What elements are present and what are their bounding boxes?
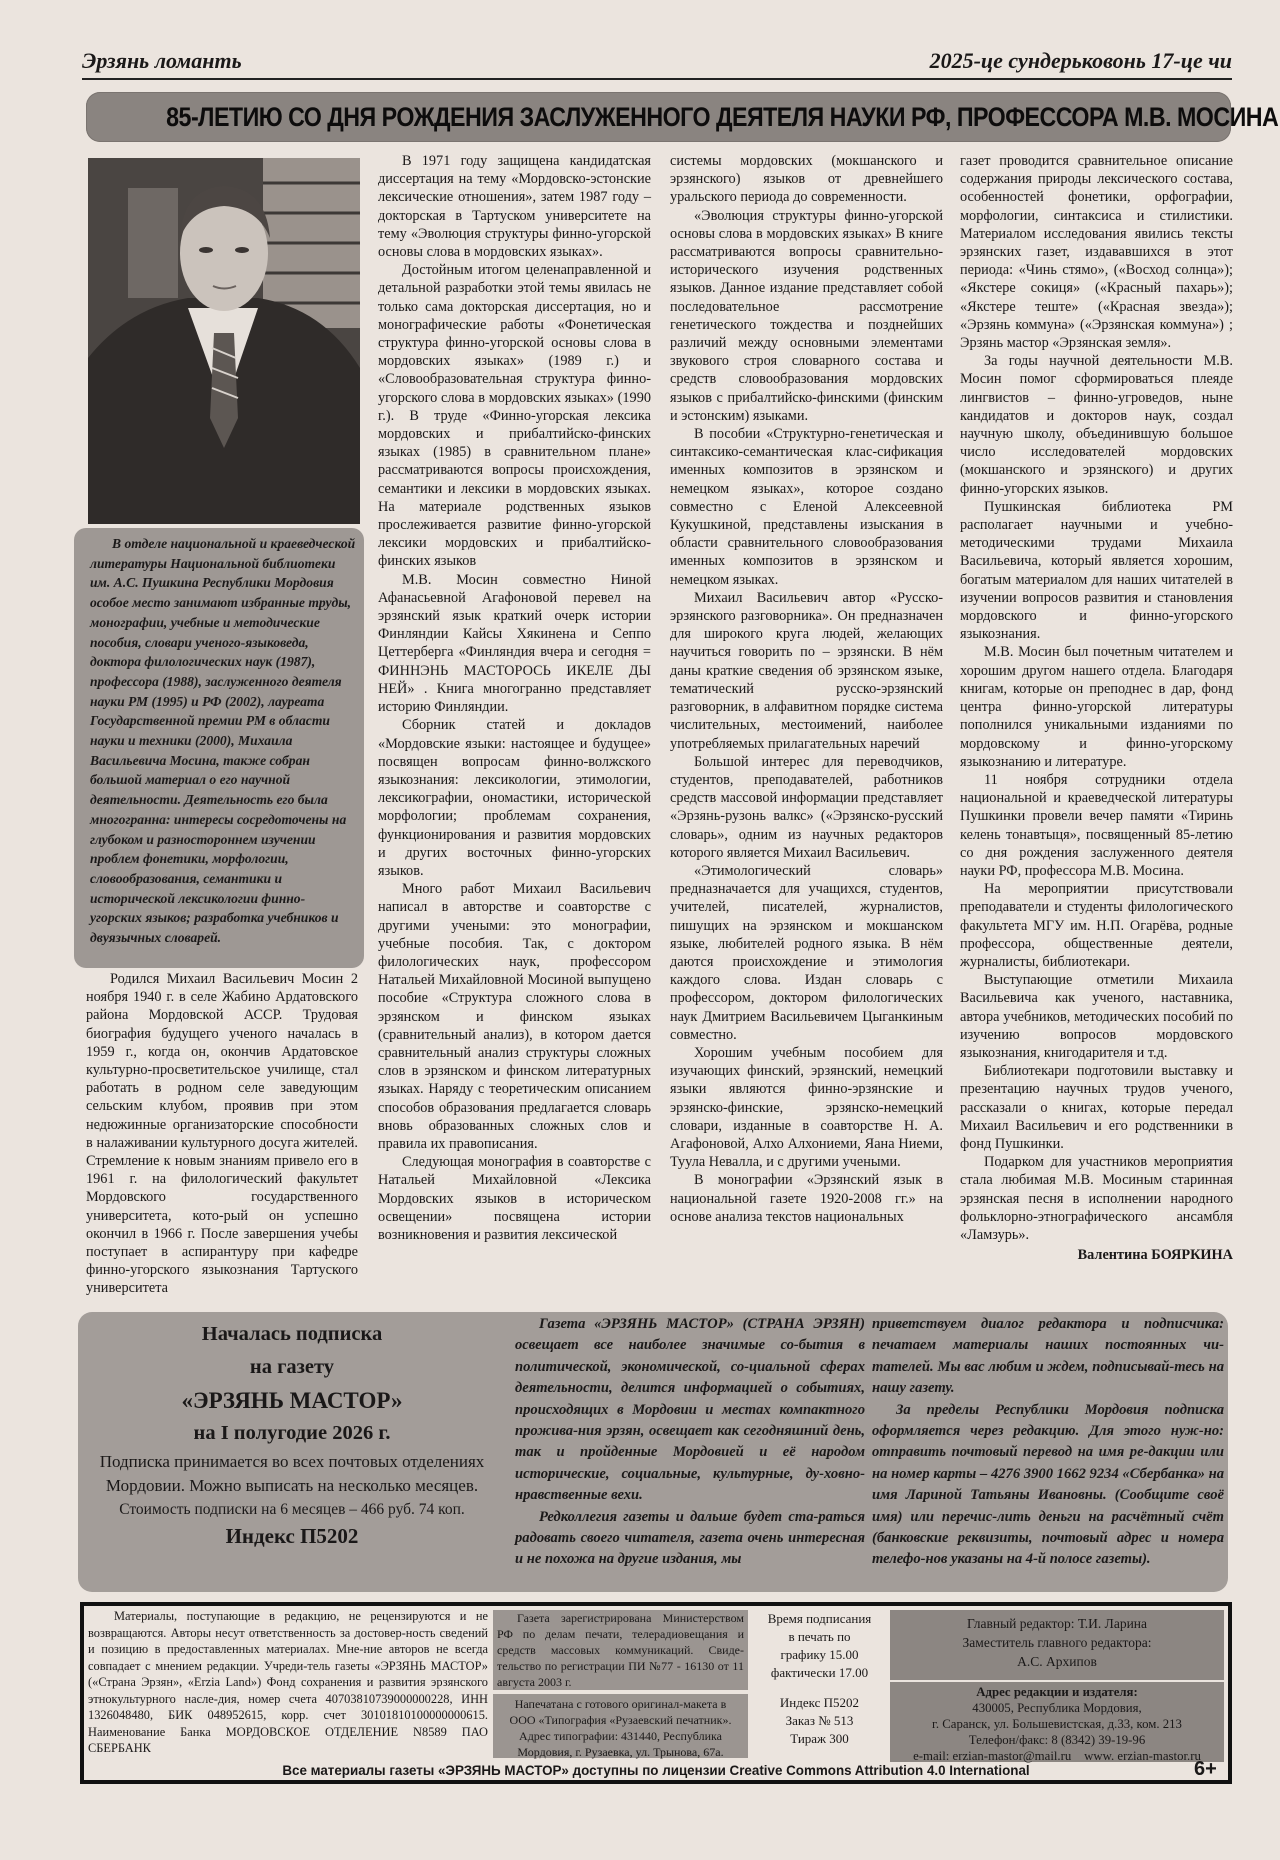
licence-notice: Все материалы газеты «ЭРЗЯНЬ МАСТОР» дос… [88, 1762, 1224, 1780]
email-link[interactable]: e-mail: erzian-mastor@mail.ru [913, 1749, 1071, 1763]
article-column-2: В 1971 году защищена кандидатская диссер… [378, 152, 651, 1244]
headline: 85-ЛЕТИЮ СО ДНЯ РОЖДЕНИЯ ЗАСЛУЖЕННОГО ДЕ… [166, 92, 1151, 142]
portrait-image [88, 158, 360, 524]
printing-line: Напечатана с готового оригинал-макета в [493, 1696, 748, 1712]
running-header: Эрзянь ломанть 2025-це сундерьковонь 17-… [82, 46, 1232, 80]
portrait-photo [88, 158, 360, 524]
imprint-print-info: Время подписания в печать по графику 15.… [752, 1610, 887, 1748]
paragraph: За годы научной деятельности М.В. Мосин … [960, 352, 1233, 498]
article-column-3: системы мордовских (мокшанского и эрзянс… [670, 152, 943, 1226]
address-line: г. Саранск, ул. Большевистская, д.33, ко… [890, 1716, 1224, 1732]
paragraph: На мероприятии присутствовали преподават… [960, 880, 1233, 971]
subscription-heading-line: на I полугодие 2026 г. [92, 1417, 492, 1450]
website-link[interactable]: www. erzian-mastor.ru [1084, 1749, 1201, 1763]
paragraph: Пушкинская библиотека РМ располагает нау… [960, 498, 1233, 644]
printing-line: Мордовия, г. Рузаевка, ул. Трынова, 67а. [493, 1744, 748, 1760]
caption-text: В отделе национальной и краеведческой ли… [90, 534, 356, 948]
paragraph: Большой интерес для переводчиков, студен… [670, 753, 943, 862]
paragraph: В пособии «Структурно-генетическая и син… [670, 425, 943, 589]
subscription-index: Индекс П5202 [92, 1522, 492, 1550]
issue-date: 2025-це сундерьковонь 17-це чи [930, 48, 1232, 74]
signing-time-line: графику 15.00 [752, 1646, 887, 1664]
paragraph: «Эволюция структуры финно-угорской основ… [670, 207, 943, 425]
paragraph: Достойным итогом целенаправленной и дета… [378, 261, 651, 570]
paragraph: Хорошим учебным пособием для изучающих ф… [670, 1044, 943, 1171]
phone: Телефон/факс: 8 (8342) 39-19-96 [890, 1732, 1224, 1748]
subscription-text-column-1: Газета «ЭРЗЯНЬ МАСТОР» (СТРАНА ЭРЗЯН) ос… [515, 1314, 865, 1571]
registration-text: Газета зарегистрирована Министерством РФ… [497, 1610, 744, 1690]
imprint-printing: Напечатана с готового оригинал-макета в … [493, 1694, 748, 1758]
paragraph: Родился Михаил Васильевич Мосин 2 ноября… [86, 970, 358, 1298]
paragraph: Михаил Васильевич автор «Русско-эрзянско… [670, 589, 943, 753]
subscription-heading-line: на газету [92, 1351, 492, 1384]
printing-line: ООО «Типография «Рузаевский печатник». [493, 1712, 748, 1728]
imprint-circulation: Тираж 300 [752, 1730, 887, 1748]
subscription-info: Подписка принимается во всех почтовых от… [92, 1450, 492, 1498]
paragraph: приветствуем диалог редактора и подписчи… [872, 1314, 1224, 1400]
imprint-disclaimer: Материалы, поступающие в редакцию, не ре… [88, 1608, 488, 1757]
paragraph: За пределы Республики Мордовия подписка … [872, 1400, 1224, 1571]
subscription-price: Стоимость подписки на 6 месяцев – 466 ру… [92, 1498, 492, 1522]
imprint-registration: Газета зарегистрирована Министерством РФ… [493, 1610, 748, 1690]
disclaimer-text: Материалы, поступающие в редакцию, не ре… [88, 1608, 488, 1757]
paragraph: Газета «ЭРЗЯНЬ МАСТОР» (СТРАНА ЭРЗЯН) ос… [515, 1314, 865, 1507]
signing-time-line: в печать по [752, 1628, 887, 1646]
headline-banner: 85-ЛЕТИЮ СО ДНЯ РОЖДЕНИЯ ЗАСЛУЖЕННОГО ДЕ… [86, 92, 1231, 142]
paragraph: Следующая монография в соавторстве с Нат… [378, 1153, 651, 1244]
imprint-order: Заказ № 513 [752, 1712, 887, 1730]
paragraph: Много работ Михаил Васильевич написал в … [378, 880, 651, 1153]
address-label: Адрес редакции и издателя: [890, 1684, 1224, 1700]
paragraph: Подарком для участников мероприятия стал… [960, 1153, 1233, 1244]
paragraph: Библиотекари подготовили выставку и през… [960, 1062, 1233, 1153]
photo-caption-box: В отделе национальной и краеведческой ли… [74, 528, 364, 968]
subscription-announcement: Началась подписка на газету «ЭРЗЯНЬ МАСТ… [92, 1318, 492, 1550]
imprint-index: Индекс П5202 [752, 1694, 887, 1712]
signing-time-line: фактически 17.00 [752, 1664, 887, 1682]
paragraph: Редколлегия газеты и дальше будет ста-ра… [515, 1507, 865, 1571]
section-title: Эрзянь ломанть [82, 48, 242, 74]
subscription-heading-line: «ЭРЗЯНЬ МАСТОР» [92, 1384, 492, 1417]
chief-editor: Главный редактор: Т.И. Ларина [890, 1614, 1224, 1633]
paragraph: М.В. Мосин был почетным читателем и хоро… [960, 643, 1233, 770]
paragraph: Выступающие отметили Михаила Васильевича… [960, 971, 1233, 1062]
age-rating: 6+ [1194, 1758, 1217, 1780]
deputy-editor-label: Заместитель главного редактора: [890, 1633, 1224, 1652]
paragraph: системы мордовских (мокшанского и эрзянс… [670, 152, 943, 207]
subscription-text-column-2: приветствуем диалог редактора и подписчи… [872, 1314, 1224, 1571]
article-column-4: газет проводится сравнительное описание … [960, 152, 1233, 1264]
paragraph: газет проводится сравнительное описание … [960, 152, 1233, 352]
printing-line: Адрес типографии: 431440, Республика [493, 1728, 748, 1744]
deputy-editor: А.С. Архипов [890, 1652, 1224, 1671]
paragraph: 11 ноября сотрудники отдела национальной… [960, 771, 1233, 880]
imprint-address: Адрес редакции и издателя: 430005, Респу… [890, 1682, 1224, 1762]
paragraph: Сборник статей и докладов «Мордовские яз… [378, 716, 651, 880]
address-line: 430005, Республика Мордовия, [890, 1700, 1224, 1716]
paragraph: М.В. Мосин совместно Ниной Афанасьевной … [378, 571, 651, 717]
imprint-editors: Главный редактор: Т.И. Ларина Заместител… [890, 1610, 1224, 1680]
signing-time-line: Время подписания [752, 1610, 887, 1628]
paragraph: «Этимологический словарь» предназначаетс… [670, 862, 943, 1044]
author-signature: Валентина БОЯРКИНА [960, 1246, 1233, 1264]
subscription-heading-line: Началась подписка [92, 1318, 492, 1351]
paragraph: В монографии «Эрзянский язык в националь… [670, 1171, 943, 1226]
article-column-1: Родился Михаил Васильевич Мосин 2 ноября… [86, 970, 358, 1298]
paragraph: В 1971 году защищена кандидатская диссер… [378, 152, 651, 261]
